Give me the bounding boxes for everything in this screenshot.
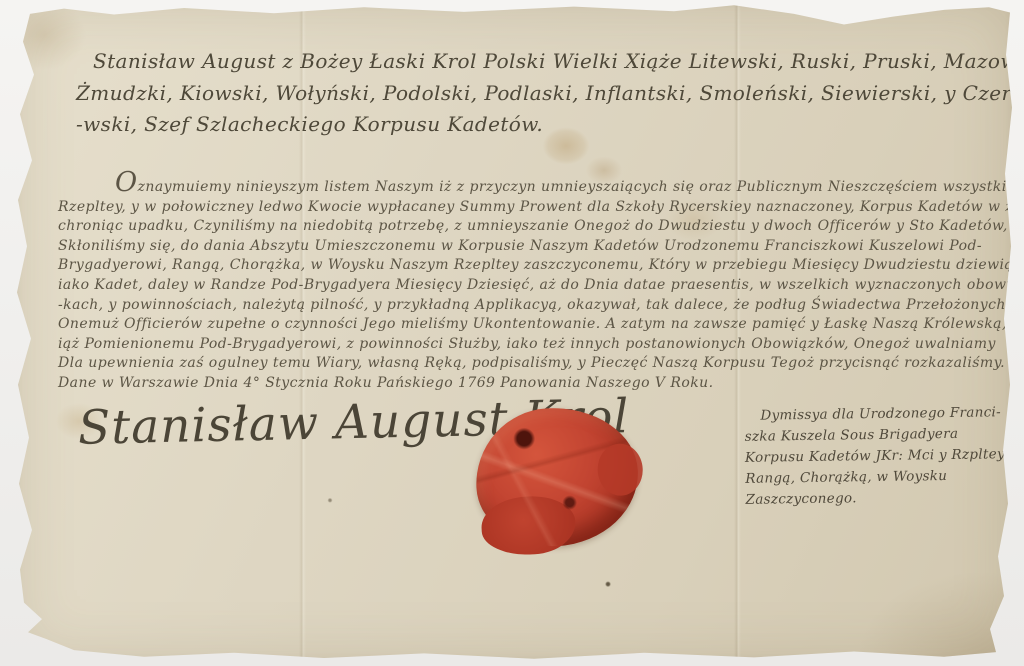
heading-line: -wski, Szef Szlacheckiego Korpusu Kadetó… bbox=[76, 109, 988, 141]
body-line: Rzepltey, y w połowiczney ledwo Kwocie w… bbox=[58, 198, 984, 218]
document-sheet: Stanisław August z Bożey Łaski Krol Pols… bbox=[14, 2, 1014, 662]
body-line: Dla upewnienia zaś ogulney temu Wiary, w… bbox=[58, 354, 984, 374]
docket-line: Zaszczyconego. bbox=[745, 486, 1007, 511]
docket-line: Dymissya dla Urodzonego Franci- bbox=[744, 402, 1006, 427]
document-body: Oznaymuiemy ninieyszym listem Naszym iż … bbox=[58, 173, 984, 394]
heading-line: Żmudzki, Kiowski, Wołyński, Podolski, Po… bbox=[76, 78, 988, 110]
docket-line: Korpusu Kadetów JKr: Mci y Rzpltey bbox=[745, 444, 1007, 469]
body-line: iąż Pomienionemu Pod-Brygadyerowi, z pow… bbox=[58, 335, 984, 355]
body-line: Oznaymuiemy ninieyszym listem Naszym iż … bbox=[58, 173, 984, 198]
body-line: Brygadyerowi, Rangą, Chorążka, w Woysku … bbox=[58, 256, 984, 276]
body-line: Skłoniliśmy się, do dania Abszytu Umiesz… bbox=[58, 237, 984, 257]
photo-background: Stanisław August z Bożey Łaski Krol Pols… bbox=[0, 0, 1024, 666]
document-heading: Stanisław August z Bożey Łaski Krol Pols… bbox=[76, 46, 988, 141]
body-line: -kach, y powinnościach, należytą pilność… bbox=[58, 296, 984, 316]
body-line: Onemuż Officierów zupełne o czynności Je… bbox=[58, 315, 984, 335]
docket-note: Dymissya dla Urodzonego Franci- szka Kus… bbox=[744, 402, 1007, 511]
body-line: chroniąc upadku, Czyniliśmy na niedobitą… bbox=[58, 217, 984, 237]
body-line: iako Kadet, daley w Randze Pod-Brygadyer… bbox=[58, 276, 984, 296]
heading-line: Stanisław August z Bożey Łaski Krol Pols… bbox=[93, 46, 988, 78]
